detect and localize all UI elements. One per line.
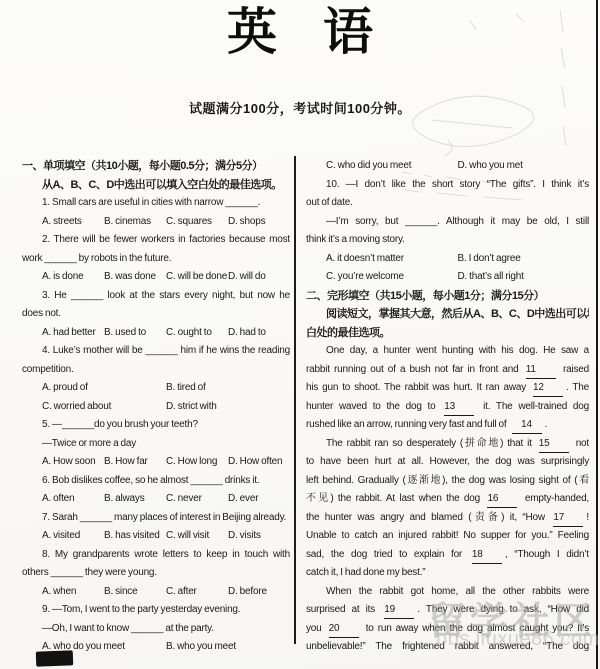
numbered-blank: 13 <box>444 401 474 416</box>
text-line: 二、完形填空（共15小题，每小题1分；满分15分） <box>306 287 589 306</box>
text-line: 6. Bob dislikes coffee, so he almost ___… <box>22 472 290 491</box>
numbered-blank: 19 <box>384 604 414 619</box>
text-line: the hunter was angry and blamed (责备) it,… <box>306 509 589 528</box>
option-cell: D. strict with <box>166 398 290 417</box>
text-line: Unable to catch an injured rabbit! No su… <box>306 527 589 546</box>
option-cell: C. will visit <box>166 527 228 546</box>
text-line: 7. Sarah ______ many places of interest … <box>22 509 290 528</box>
right-column: C. who did you meetD. who you met10. —I … <box>306 157 589 657</box>
text-line: 阅读短文，掌握其大意，然后从A、B、C、D中选出可以填入空 <box>306 305 589 324</box>
option-cell: B. I don’t agree <box>458 250 590 269</box>
exam-meta: 试题满分100分，考试时间100分钟。 <box>0 98 600 117</box>
numbered-blank: 18 <box>472 549 502 564</box>
numbered-blank: 16 <box>487 493 517 508</box>
text-line: 9. —Tom, I went to the party yesterday e… <box>22 601 290 620</box>
option-cell: D. will do <box>228 268 290 287</box>
option-cell: C. ought to <box>166 324 228 343</box>
text-line: work ______ by robots in the future. <box>22 250 290 269</box>
scan-artifact-blob <box>36 650 74 666</box>
text-line: The rabbit ran so desperately (拼命地) that… <box>306 435 589 454</box>
option-cell: D. shops <box>228 213 290 232</box>
text-line: —I’m sorry, but ______. Although it may … <box>306 213 589 232</box>
option-cell: A. had better <box>42 324 104 343</box>
text-line: rushed like an arrow, running very fast … <box>306 416 589 435</box>
watermark-url: bbs.liuxue86.com <box>436 628 600 651</box>
option-cell: D. had to <box>228 324 290 343</box>
option-cell: B. who you meet <box>166 638 290 657</box>
text-line: think it’s a moving story. <box>306 231 589 250</box>
exam-title: 英语 <box>227 2 419 62</box>
option-cell: D. before <box>228 583 290 602</box>
option-cell: C. who did you meet <box>326 157 458 176</box>
text-line: competition. <box>22 361 290 380</box>
text-line: 白处的最佳选项。 <box>306 324 589 343</box>
option-cell: B. has visited <box>104 527 166 546</box>
option-cell: A. it doesn’t matter <box>326 250 458 269</box>
text-line: C. who did you meetD. who you met <box>306 157 589 176</box>
text-line: out of date. <box>306 194 589 213</box>
option-cell: B. always <box>104 490 166 509</box>
column-divider <box>294 156 296 644</box>
text-line: A. is doneB. was doneC. will be doneD. w… <box>22 268 290 287</box>
left-column: 一、单项填空（共10小题，每小题0.5分；满分5分）从A、B、C、D中选出可以填… <box>22 157 290 657</box>
text-line: 3. He ______ look at the stars every nig… <box>22 287 290 306</box>
text-line: C. you’re welcomeD. that’s all right <box>306 268 589 287</box>
text-line: 一、单项填空（共10小题，每小题0.5分；满分5分） <box>22 157 290 176</box>
text-line: 2. There will be fewer workers in factor… <box>22 231 290 250</box>
option-cell: D. who you met <box>458 157 590 176</box>
scan-edge-line <box>596 0 598 669</box>
option-cell: A. often <box>42 490 104 509</box>
text-line: A. had betterB. used toC. ought toD. had… <box>22 324 290 343</box>
text-line: to have been hurt at all. However, the d… <box>306 453 589 472</box>
option-cell: C. you’re welcome <box>326 268 458 287</box>
option-cell: A. visited <box>42 527 104 546</box>
numbered-blank: 14 <box>512 419 542 434</box>
text-line: 8. My grandparents wrote letters to keep… <box>22 546 290 565</box>
exam-header: 英语 试题满分100分，考试时间100分钟。 <box>0 0 600 117</box>
text-line: —Twice or more a day <box>22 435 290 454</box>
numbered-blank: 15 <box>539 438 569 453</box>
option-cell: A. How soon <box>42 453 104 472</box>
text-line: 10. —I don’t like the short story “The g… <box>306 176 589 195</box>
option-cell: B. cinemas <box>104 213 166 232</box>
text-line: rabbit running out of a bush not far in … <box>306 361 589 380</box>
option-cell: D. How often <box>228 453 290 472</box>
option-cell: D. that’s all right <box>458 268 590 287</box>
option-cell: A. streets <box>42 213 104 232</box>
option-cell: A. proud of <box>42 379 166 398</box>
numbered-blank: 12 <box>533 382 563 397</box>
text-line: A. proud ofB. tired of <box>22 379 290 398</box>
numbered-blank: 11 <box>526 364 556 379</box>
text-line: 4. Luke’s mother will be ______ him if h… <box>22 342 290 361</box>
text-line: catch it, I had done my best.” <box>306 564 589 583</box>
option-cell: C. after <box>166 583 228 602</box>
option-cell: B. How far <box>104 453 166 472</box>
option-cell: A. when <box>42 583 104 602</box>
numbered-blank: 17 <box>553 512 583 527</box>
text-line: A. streetsB. cinemasC. squaresD. shops <box>22 213 290 232</box>
option-cell: C. never <box>166 490 228 509</box>
option-cell: C. How long <box>166 453 228 472</box>
text-line: A. it doesn’t matterB. I don’t agree <box>306 250 589 269</box>
option-cell: D. ever <box>228 490 290 509</box>
option-cell: D. visits <box>228 527 290 546</box>
text-line: 1. Small cars are useful in cities with … <box>22 194 290 213</box>
option-cell: C. will be done <box>166 268 228 287</box>
option-cell: C. squares <box>166 213 228 232</box>
text-line: 不见) the rabbit. At last when the dog 16 … <box>306 490 589 509</box>
numbered-blank: 20 <box>329 623 359 638</box>
text-line: does not. <box>22 305 290 324</box>
text-line: C. worried aboutD. strict with <box>22 398 290 417</box>
option-cell: C. worried about <box>42 398 166 417</box>
text-line: sad, the dog tried to explain for 18, “T… <box>306 546 589 565</box>
text-line: his gun to shoot. The rabbit was hurt. I… <box>306 379 589 398</box>
option-cell: B. tired of <box>166 379 290 398</box>
text-line: hunter waved to the dog to 13 it. The we… <box>306 398 589 417</box>
text-line: A. visitedB. has visitedC. will visitD. … <box>22 527 290 546</box>
text-line: left behind. Gradually (逐渐地), the dog wa… <box>306 472 589 491</box>
text-line: —Oh, I want to know ______ at the party. <box>22 620 290 639</box>
option-cell: B. was done <box>104 268 166 287</box>
option-cell: B. since <box>104 583 166 602</box>
text-line: A. whenB. sinceC. afterD. before <box>22 583 290 602</box>
text-line: A. How soonB. How farC. How longD. How o… <box>22 453 290 472</box>
exam-paper-scan: { "page": { "title": "英语", "subtitle": "… <box>0 0 600 669</box>
text-line: others ______ they were young. <box>22 564 290 583</box>
text-line: A. oftenB. alwaysC. neverD. ever <box>22 490 290 509</box>
option-cell: A. is done <box>42 268 104 287</box>
text-line: 5. —______do you brush your teeth? <box>22 416 290 435</box>
text-line: 从A、B、C、D中选出可以填入空白处的最佳选项。 <box>22 176 290 195</box>
option-cell: B. used to <box>104 324 166 343</box>
text-line: One day, a hunter went hunting with his … <box>306 342 589 361</box>
